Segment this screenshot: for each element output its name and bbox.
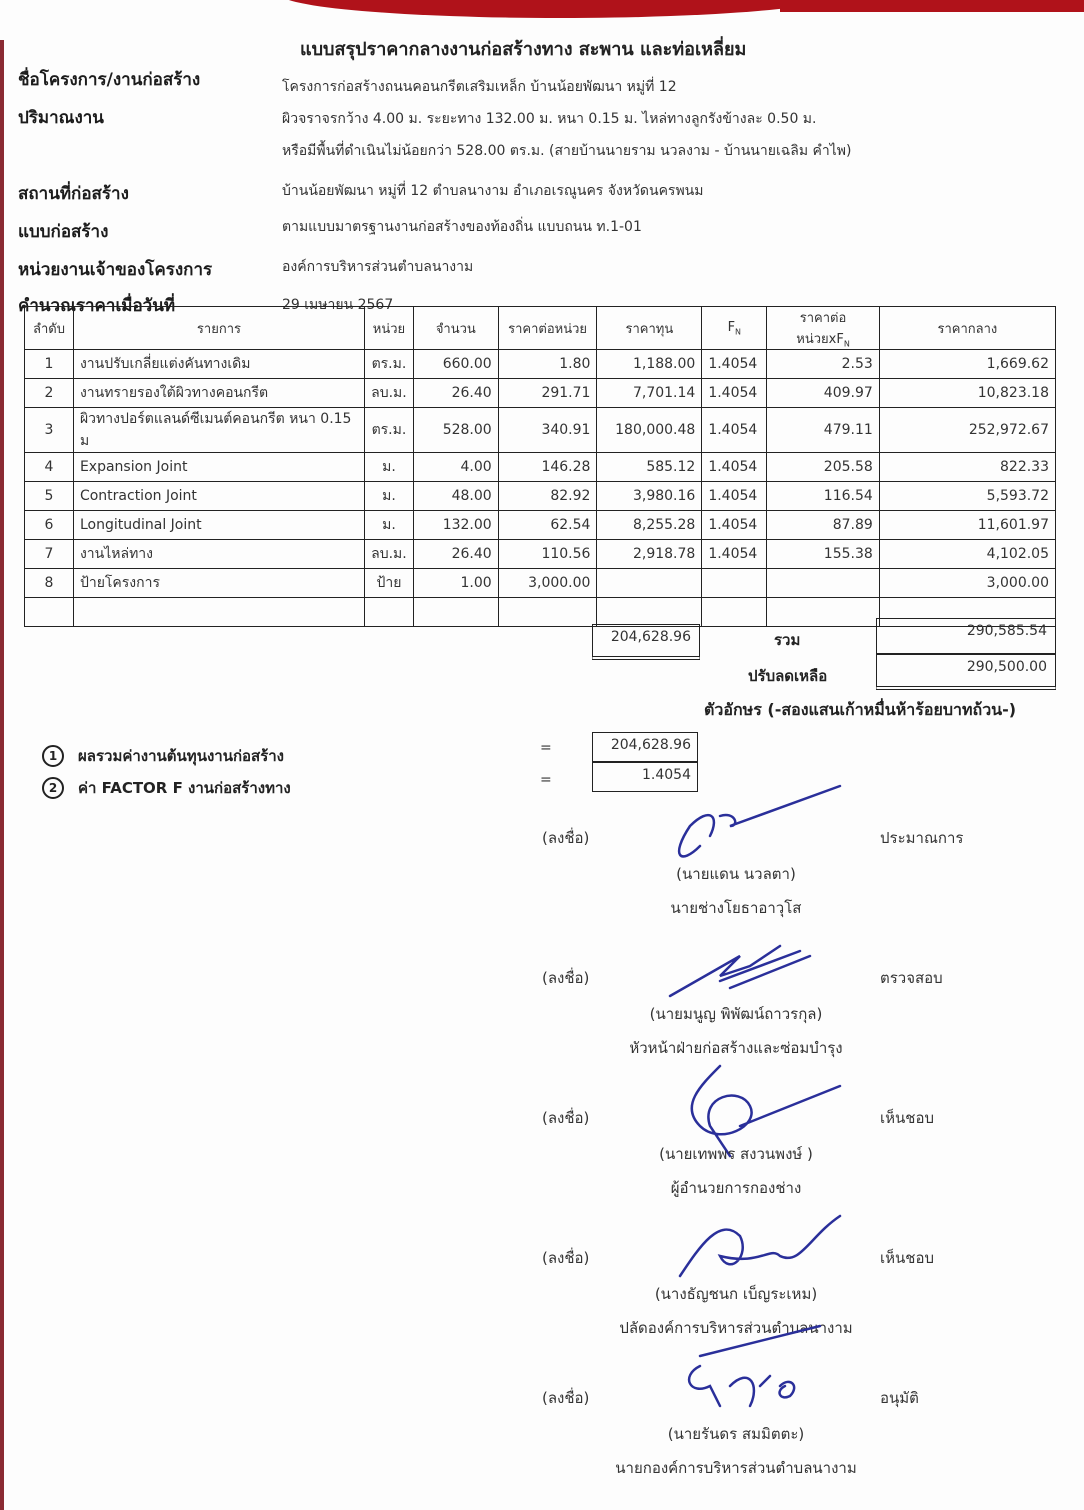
signer-position: นายกองค์การบริหารส่วนตำบลนางาม [556,1456,916,1480]
cell-median: 252,972.67 [879,408,1055,453]
table-row: 6Longitudinal Jointม.132.0062.548,255.28… [25,511,1056,540]
signer-name: (นางธัญชนก เบ็ญระเหม) [556,1282,916,1306]
paper-edge-left [0,40,4,1510]
rounded-label: ปรับลดเหลือ [748,664,827,688]
cell-unit-price: 146.28 [498,453,597,482]
cell-qty: 26.40 [413,540,498,569]
col-header-unit-price: ราคาต่อหน่วย [498,307,597,350]
cell-no: 4 [25,453,74,482]
signer-name: (นายมนูญ พิพัฒน์ถาวรกุล) [556,1002,916,1026]
cost-total-box: 204,628.96 [592,624,700,660]
table-row: 1งานปรับเกลี่ยแต่งคันทางเดิมตร.ม.660.001… [25,350,1056,379]
owner-value: องค์การบริหารส่วนตำบลนางาม [282,256,473,278]
cell-fn [702,598,767,627]
owner-label: หน่วยงานเจ้าของโครงการ [18,256,212,283]
sign-label: (ลงชื่อ) [542,1106,589,1130]
table-row: 7งานไหล่ทางลบ.ม.26.40110.562,918.781.405… [25,540,1056,569]
project-name-label: ชื่อโครงการ/งานก่อสร้าง [18,66,200,93]
cell-no: 5 [25,482,74,511]
table-row: 5Contraction Jointม.48.0082.923,980.161.… [25,482,1056,511]
amount-in-words: ตัวอักษร (-สองแสนเก้าหมื่นห้าร้อยบาทถ้วน… [704,698,1016,723]
cell-no: 2 [25,379,74,408]
cell-unit: ม. [364,453,413,482]
cell-price-fn: 409.97 [767,379,880,408]
quantity-value: ผิวจราจรกว้าง 4.00 ม. ระยะทาง 132.00 ม. … [282,108,816,130]
cell-unit-price: 82.92 [498,482,597,511]
location-value: บ้านน้อยพัฒนา หมู่ที่ 12 ตำบลนางาม อำเภอ… [282,180,703,202]
cell-fn [702,569,767,598]
signer-position: หัวหน้าฝ่ายก่อสร้างและซ่อมบำรุง [556,1036,916,1060]
cell-no: 6 [25,511,74,540]
sign-role: ประมาณการ [880,826,963,850]
quantity-value-2: หรือมีพื้นที่ดำเนินไม่น้อยกว่า 528.00 ตร… [282,140,851,162]
cell-fn: 1.4054 [702,350,767,379]
cell-price-fn: 87.89 [767,511,880,540]
cell-unit: ม. [364,511,413,540]
cell-item: ป้ายโครงการ [73,569,364,598]
note-1-equals: = [540,740,552,756]
cell-unit-price: 110.56 [498,540,597,569]
paper-edge-red [280,0,840,18]
note-2-label: ค่า FACTOR F งานก่อสร้างทาง [78,776,291,800]
col-header-no: ลำดับ [25,307,74,350]
cell-unit-price [498,598,597,627]
cell-qty [413,598,498,627]
cell-fn: 1.4054 [702,540,767,569]
cell-no [25,598,74,627]
cell-unit: ลบ.ม. [364,379,413,408]
sign-label: (ลงชื่อ) [542,966,589,990]
sign-role: อนุมัติ [880,1386,919,1410]
cell-qty: 660.00 [413,350,498,379]
project-name-value: โครงการก่อสร้างถนนคอนกรีตเสริมเหล็ก บ้าน… [282,76,677,98]
price-table: ลำดับ รายการ หน่วย จำนวน ราคาต่อหน่วย รา… [24,306,1056,627]
cell-median: 4,102.05 [879,540,1055,569]
col-header-unit: หน่วย [364,307,413,350]
cell-price-fn [767,569,880,598]
cell-qty: 48.00 [413,482,498,511]
signer-name: (นายรันดร สมมิตตะ) [556,1422,916,1446]
cell-item: Expansion Joint [73,453,364,482]
cell-median: 822.33 [879,453,1055,482]
signer-name: (นายเทพพร สงวนพงษ์ ) [556,1142,916,1166]
circled-number-2: 2 [42,777,64,799]
cell-fn: 1.4054 [702,408,767,453]
cell-price-fn: 116.54 [767,482,880,511]
cell-cost: 7,701.14 [597,379,702,408]
cell-median: 10,823.18 [879,379,1055,408]
cell-item: Longitudinal Joint [73,511,364,540]
cell-cost: 8,255.28 [597,511,702,540]
signer-name: (นายแดน นวลตา) [556,862,916,886]
table-row: 8ป้ายโครงการป้าย1.003,000.003,000.00 [25,569,1056,598]
cell-cost: 585.12 [597,453,702,482]
circled-number-1: 1 [42,745,64,767]
cell-item: งานไหล่ทาง [73,540,364,569]
signer-position: ปลัดองค์การบริหารส่วนตำบลนางาม [556,1316,916,1340]
cell-cost [597,569,702,598]
sign-role: ตรวจสอบ [880,966,943,990]
table-row: 3ผิวทางปอร์ตแลนด์ซีเมนต์คอนกรีต หนา 0.15… [25,408,1056,453]
cell-cost: 1,188.00 [597,350,702,379]
cell-price-fn: 2.53 [767,350,880,379]
sign-label: (ลงชื่อ) [542,1386,589,1410]
cell-item: Contraction Joint [73,482,364,511]
col-header-median: ราคากลาง [879,307,1055,350]
design-value: ตามแบบมาตรฐานงานก่อสร้างของท้องถิ่น แบบถ… [282,216,642,238]
signer-position: ผู้อำนวยการกองช่าง [556,1176,916,1200]
cell-unit-price: 3,000.00 [498,569,597,598]
cell-qty: 26.40 [413,379,498,408]
design-label: แบบก่อสร้าง [18,218,108,245]
cell-qty: 132.00 [413,511,498,540]
note-2-equals: = [540,772,552,788]
cell-median: 11,601.97 [879,511,1055,540]
cell-median: 5,593.72 [879,482,1055,511]
table-header-row: ลำดับ รายการ หน่วย จำนวน ราคาต่อหน่วย รา… [25,307,1056,350]
col-header-qty: จำนวน [413,307,498,350]
cell-item: งานทรายรองใต้ผิวทางคอนกรีต [73,379,364,408]
sign-role: เห็นชอบ [880,1106,934,1130]
document-title: แบบสรุปราคากลางงานก่อสร้างทาง สะพาน และท… [300,34,746,63]
cell-unit: ป้าย [364,569,413,598]
cell-item: งานปรับเกลี่ยแต่งคันทางเดิม [73,350,364,379]
sign-label: (ลงชื่อ) [542,1246,589,1270]
note-1: 1 ผลรวมค่างานต้นทุนงานก่อสร้าง [42,744,284,768]
signer-position: นายช่างโยธาอาวุโส [556,896,916,920]
cell-unit-price: 62.54 [498,511,597,540]
cell-price-fn: 155.38 [767,540,880,569]
sum-value-box: 290,585.54 [876,618,1056,654]
cell-price-fn: 479.11 [767,408,880,453]
cell-price-fn [767,598,880,627]
table-row: 2งานทรายรองใต้ผิวทางคอนกรีตลบ.ม.26.40291… [25,379,1056,408]
sign-role: เห็นชอบ [880,1246,934,1270]
col-header-cost: ราคาทุน [597,307,702,350]
sum-label: รวม [774,628,800,652]
cell-qty: 1.00 [413,569,498,598]
cell-unit: ตร.ม. [364,350,413,379]
cell-unit-price: 291.71 [498,379,597,408]
cell-unit [364,598,413,627]
paper-edge-red-right [780,0,1084,12]
cell-no: 3 [25,408,74,453]
cell-qty: 528.00 [413,408,498,453]
location-label: สถานที่ก่อสร้าง [18,180,129,207]
col-header-item: รายการ [73,307,364,350]
cell-fn: 1.4054 [702,453,767,482]
cell-unit-price: 340.91 [498,408,597,453]
cell-no: 8 [25,569,74,598]
quantity-label: ปริมาณงาน [18,104,104,131]
cell-no: 1 [25,350,74,379]
cell-median: 3,000.00 [879,569,1055,598]
cell-price-fn: 205.58 [767,453,880,482]
cell-item [73,598,364,627]
table-row: 4Expansion Jointม.4.00146.28585.121.4054… [25,453,1056,482]
cell-no: 7 [25,540,74,569]
rounded-value-box: 290,500.00 [876,654,1056,690]
note-1-label: ผลรวมค่างานต้นทุนงานก่อสร้าง [78,744,284,768]
cell-unit-price: 1.80 [498,350,597,379]
cell-item: ผิวทางปอร์ตแลนด์ซีเมนต์คอนกรีต หนา 0.15 … [73,408,364,453]
cell-cost: 3,980.16 [597,482,702,511]
note-2: 2 ค่า FACTOR F งานก่อสร้างทาง [42,776,291,800]
cell-unit: ลบ.ม. [364,540,413,569]
sign-label: (ลงชื่อ) [542,826,589,850]
cell-cost: 2,918.78 [597,540,702,569]
cell-unit: ตร.ม. [364,408,413,453]
cell-fn: 1.4054 [702,379,767,408]
cell-qty: 4.00 [413,453,498,482]
cell-unit: ม. [364,482,413,511]
cell-cost: 180,000.48 [597,408,702,453]
col-header-price-fn: ราคาต่อหน่วยxFN [767,307,880,350]
cell-fn: 1.4054 [702,511,767,540]
col-header-fn: FN [702,307,767,350]
cell-median: 1,669.62 [879,350,1055,379]
note-1-value: 204,628.96 [592,732,698,762]
cell-cost [597,598,702,627]
cell-fn: 1.4054 [702,482,767,511]
